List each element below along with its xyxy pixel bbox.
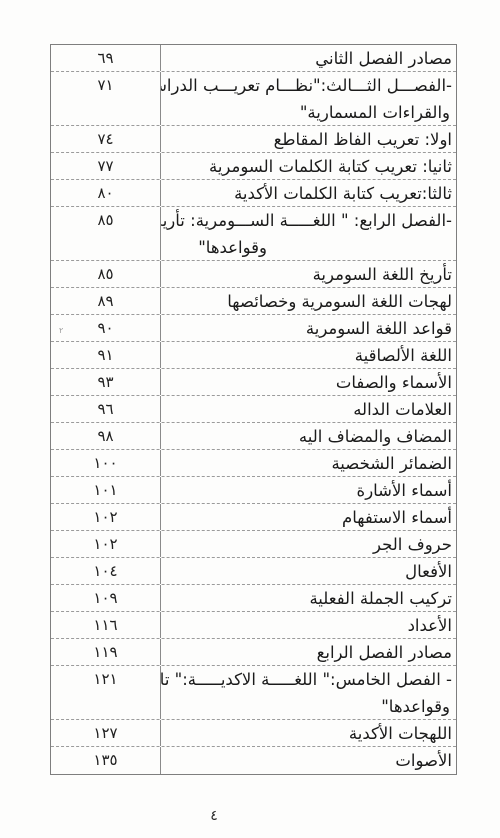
toc-page-number: ٧٧ bbox=[51, 153, 161, 179]
toc-page-number: ١١٩ bbox=[51, 639, 161, 665]
toc-entry: العلامات الداله bbox=[161, 396, 456, 422]
toc-entry: - الفصل الخامس:" اللغـــــة الاكديـــــة… bbox=[161, 666, 456, 719]
toc-page-number: ١٠٩ bbox=[51, 585, 161, 611]
toc-entry: لهجات اللغة السومرية وخصائصها bbox=[161, 288, 456, 314]
toc-entry: ثالثا:تعريب كتابة الكلمات الأكدية bbox=[161, 180, 456, 206]
toc-entry: مصادر الفصل الرابع bbox=[161, 639, 456, 665]
toc-entry: اللهجات الأكدية bbox=[161, 720, 456, 746]
toc-row: ٧١ -الفصـــل الثـــالث:"نظـــام تعريـــب… bbox=[51, 72, 456, 126]
scanned-toc-page: ٦٩ مصادر الفصل الثاني ٧١ -الفصـــل الثــ… bbox=[0, 0, 500, 838]
toc-entry-title-line2: والقراءات المسمارية" bbox=[163, 99, 452, 125]
toc-page-number: ٨٥ bbox=[51, 207, 161, 260]
toc-entry-title: المضاف والمضاف اليه bbox=[163, 423, 452, 449]
toc-page-number: ١٣٥ bbox=[51, 747, 161, 774]
toc-entry-title-line2: وقواعدها" bbox=[163, 234, 452, 260]
toc-row: ٧٧ ثانيا: تعريب كتابة الكلمات السومرية bbox=[51, 153, 456, 180]
toc-page-number: ١٢١ bbox=[51, 666, 161, 719]
toc-entry-title: اولا: تعريب الفاظ المقاطع bbox=[163, 126, 452, 152]
toc-entry-title: - الفصل الخامس:" اللغـــــة الاكديـــــة… bbox=[163, 666, 452, 693]
page-number: ٤ bbox=[204, 808, 224, 824]
toc-entry-title: مصادر الفصل الثاني bbox=[163, 45, 452, 71]
toc-row: ٨٠ ثالثا:تعريب كتابة الكلمات الأكدية bbox=[51, 180, 456, 207]
toc-entry: الأسماء والصفات bbox=[161, 369, 456, 395]
toc-row: ٧٤ اولا: تعريب الفاظ المقاطع bbox=[51, 126, 456, 153]
toc-entry-title: مصادر الفصل الرابع bbox=[163, 639, 452, 665]
toc-page-number: ٨٠ bbox=[51, 180, 161, 206]
toc-page-number: ١٢٧ bbox=[51, 720, 161, 746]
toc-entry-title: أسماء الاستفهام bbox=[163, 504, 452, 530]
toc-entry-title: الضمائر الشخصية bbox=[163, 450, 452, 476]
toc-row: ١٢١ - الفصل الخامس:" اللغـــــة الاكديــ… bbox=[51, 666, 456, 720]
toc-entry-title: تأريخ اللغة السومرية bbox=[163, 261, 452, 287]
toc-page-number: ٩٨ bbox=[51, 423, 161, 449]
scan-artifact-mark: ٢ bbox=[59, 326, 63, 335]
toc-entry-title: حروف الجر bbox=[163, 531, 452, 557]
toc-row: ٩٨ المضاف والمضاف اليه bbox=[51, 423, 456, 450]
toc-entry-title: ثالثا:تعريب كتابة الكلمات الأكدية bbox=[163, 180, 452, 206]
toc-row: ٨٥ تأريخ اللغة السومرية bbox=[51, 261, 456, 288]
toc-entry: المضاف والمضاف اليه bbox=[161, 423, 456, 449]
toc-page-number: ١٠٢ bbox=[51, 504, 161, 530]
toc-entry: الضمائر الشخصية bbox=[161, 450, 456, 476]
toc-page-number: ٩٠ bbox=[51, 315, 161, 341]
toc-entry: أسماء الاستفهام bbox=[161, 504, 456, 530]
toc-row: ١٠٢ حروف الجر bbox=[51, 531, 456, 558]
toc-entry: الأصوات bbox=[161, 747, 456, 774]
toc-row: ١٠٩ تركيب الجملة الفعلية bbox=[51, 585, 456, 612]
toc-entry-title: الأفعال bbox=[163, 558, 452, 584]
toc-entry-title: -الفصـــل الثـــالث:"نظـــام تعريـــب ال… bbox=[163, 72, 452, 99]
toc-page-number: ٩٣ bbox=[51, 369, 161, 395]
toc-page-number: ٩١ bbox=[51, 342, 161, 368]
toc-row: ٩٦ العلامات الداله bbox=[51, 396, 456, 423]
toc-entry: قواعد اللغة السومرية bbox=[161, 315, 456, 341]
toc-entry-title: الأعداد bbox=[163, 612, 452, 638]
toc-page-number: ١٠٢ bbox=[51, 531, 161, 557]
toc-entry-title: اللغة الألصاقية bbox=[163, 342, 452, 368]
toc-row: ٩٣ الأسماء والصفات bbox=[51, 369, 456, 396]
toc-row: ١١٩ مصادر الفصل الرابع bbox=[51, 639, 456, 666]
toc-entry-title: لهجات اللغة السومرية وخصائصها bbox=[163, 288, 452, 314]
toc-page-number: ٦٩ bbox=[51, 45, 161, 71]
toc-entry-title: -الفصل الرابع: " اللغـــــة الســـومرية:… bbox=[163, 207, 452, 234]
toc-page-number: ١٠٠ bbox=[51, 450, 161, 476]
toc-entry: تركيب الجملة الفعلية bbox=[161, 585, 456, 611]
toc-entry: الأعداد bbox=[161, 612, 456, 638]
toc-entry: ثانيا: تعريب كتابة الكلمات السومرية bbox=[161, 153, 456, 179]
toc-entry-title: ثانيا: تعريب كتابة الكلمات السومرية bbox=[163, 153, 452, 179]
toc-entry-title: تركيب الجملة الفعلية bbox=[163, 585, 452, 611]
toc-entry-title: الأسماء والصفات bbox=[163, 369, 452, 395]
toc-entry-title: اللهجات الأكدية bbox=[163, 720, 452, 746]
toc-entry: الأفعال bbox=[161, 558, 456, 584]
toc-row: ٦٩ مصادر الفصل الثاني bbox=[51, 45, 456, 72]
toc-row: ٩١ اللغة الألصاقية bbox=[51, 342, 456, 369]
toc-page-number: ١١٦ bbox=[51, 612, 161, 638]
toc-page-number: ٧١ bbox=[51, 72, 161, 125]
toc-entry: تأريخ اللغة السومرية bbox=[161, 261, 456, 287]
toc-row: ٩٠ قواعد اللغة السومرية bbox=[51, 315, 456, 342]
toc-row: ١٠٢ أسماء الاستفهام bbox=[51, 504, 456, 531]
toc-entry: اللغة الألصاقية bbox=[161, 342, 456, 368]
toc-entry-title: الأصوات bbox=[163, 747, 452, 774]
toc-entry: مصادر الفصل الثاني bbox=[161, 45, 456, 71]
toc-page-number: ٧٤ bbox=[51, 126, 161, 152]
toc-entry: حروف الجر bbox=[161, 531, 456, 557]
toc-entry-title: العلامات الداله bbox=[163, 396, 452, 422]
toc-entry-title: قواعد اللغة السومرية bbox=[163, 315, 452, 341]
toc-entry-title: أسماء الأشارة bbox=[163, 477, 452, 503]
toc-entry: -الفصل الرابع: " اللغـــــة الســـومرية:… bbox=[161, 207, 456, 260]
toc-row: ٨٥ -الفصل الرابع: " اللغـــــة الســـومر… bbox=[51, 207, 456, 261]
toc-page-number: ٨٩ bbox=[51, 288, 161, 314]
toc-row: ١٣٥ الأصوات bbox=[51, 747, 456, 774]
toc-page-number: ٩٦ bbox=[51, 396, 161, 422]
toc-row: ٨٩ لهجات اللغة السومرية وخصائصها bbox=[51, 288, 456, 315]
toc-entry: أسماء الأشارة bbox=[161, 477, 456, 503]
toc-page-number: ١٠١ bbox=[51, 477, 161, 503]
toc-row: ١١٦ الأعداد bbox=[51, 612, 456, 639]
toc-row: ١٠١ أسماء الأشارة bbox=[51, 477, 456, 504]
toc-page-number: ١٠٤ bbox=[51, 558, 161, 584]
toc-page-number: ٨٥ bbox=[51, 261, 161, 287]
toc-row: ١٠٤ الأفعال bbox=[51, 558, 456, 585]
toc-table: ٦٩ مصادر الفصل الثاني ٧١ -الفصـــل الثــ… bbox=[50, 44, 457, 775]
toc-entry-title-line2: وقواعدها" bbox=[163, 693, 452, 719]
toc-row: ١٠٠ الضمائر الشخصية bbox=[51, 450, 456, 477]
toc-row: ١٢٧ اللهجات الأكدية bbox=[51, 720, 456, 747]
toc-entry: اولا: تعريب الفاظ المقاطع bbox=[161, 126, 456, 152]
toc-entry: -الفصـــل الثـــالث:"نظـــام تعريـــب ال… bbox=[161, 72, 456, 125]
